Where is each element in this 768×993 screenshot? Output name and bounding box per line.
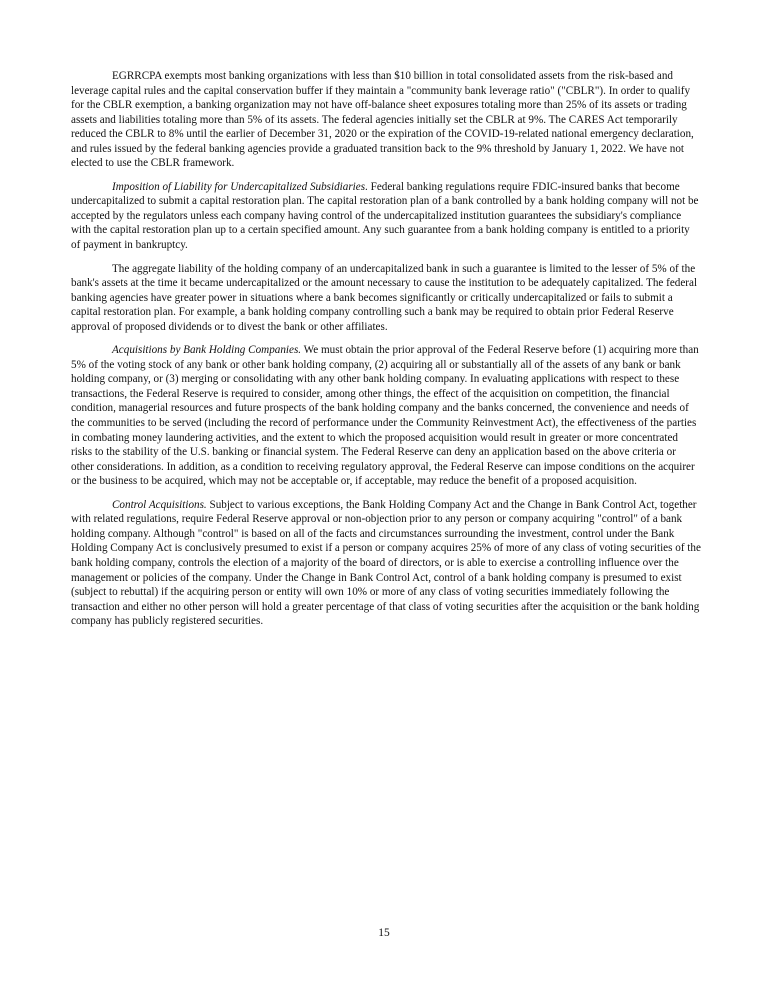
- paragraph-heading: Acquisitions by Bank Holding Companies.: [112, 344, 301, 356]
- paragraph-cblr: EGRRCPA exempts most banking organizatio…: [71, 69, 701, 171]
- document-page: EGRRCPA exempts most banking organizatio…: [71, 69, 701, 638]
- paragraph-acquisitions: Acquisitions by Bank Holding Companies. …: [71, 343, 701, 488]
- paragraph-control-acquisitions: Control Acquisitions. Subject to various…: [71, 498, 701, 629]
- paragraph-aggregate-liability: The aggregate liability of the holding c…: [71, 262, 701, 335]
- page-number: 15: [0, 926, 768, 940]
- paragraph-text: Subject to various exceptions, the Bank …: [71, 499, 701, 627]
- paragraph-text: We must obtain the prior approval of the…: [71, 344, 699, 487]
- paragraph-liability-undercapitalized: Imposition of Liability for Undercapital…: [71, 180, 701, 253]
- paragraph-heading: Control Acquisitions.: [112, 499, 207, 511]
- paragraph-text: The aggregate liability of the holding c…: [71, 263, 697, 333]
- paragraph-heading: Imposition of Liability for Undercapital…: [112, 181, 365, 193]
- paragraph-text: EGRRCPA exempts most banking organizatio…: [71, 70, 694, 169]
